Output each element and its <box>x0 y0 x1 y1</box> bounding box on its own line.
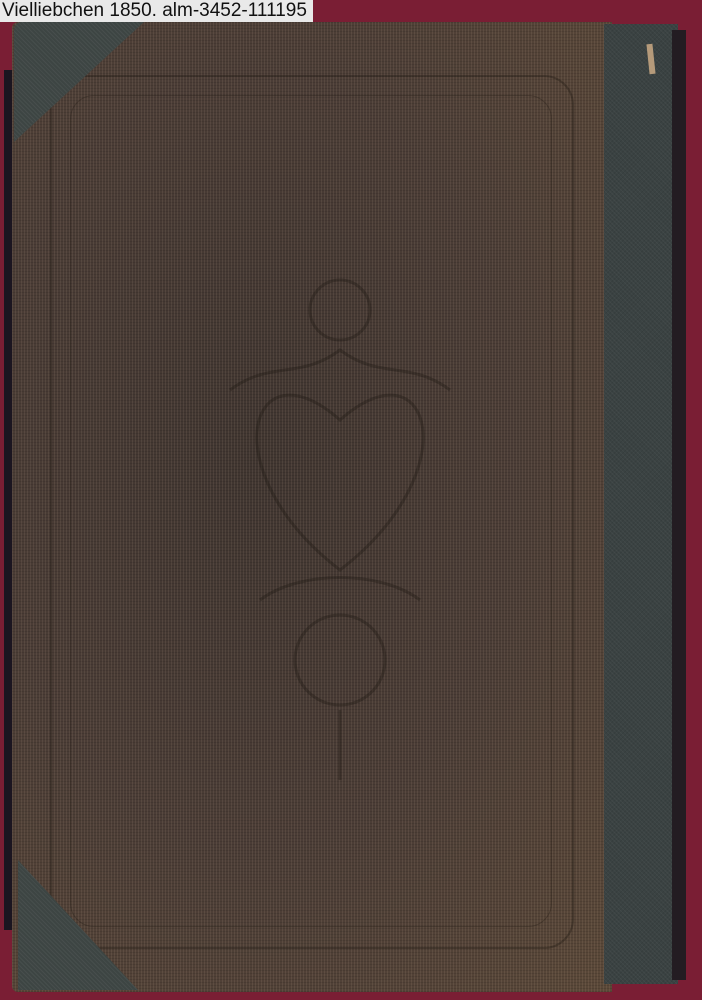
spine-edge-shadow <box>672 30 686 980</box>
book-spine <box>604 24 678 984</box>
image-caption: Vielliebchen 1850. alm-3452-111195 <box>0 0 313 22</box>
embossed-center-ornament <box>190 240 490 800</box>
